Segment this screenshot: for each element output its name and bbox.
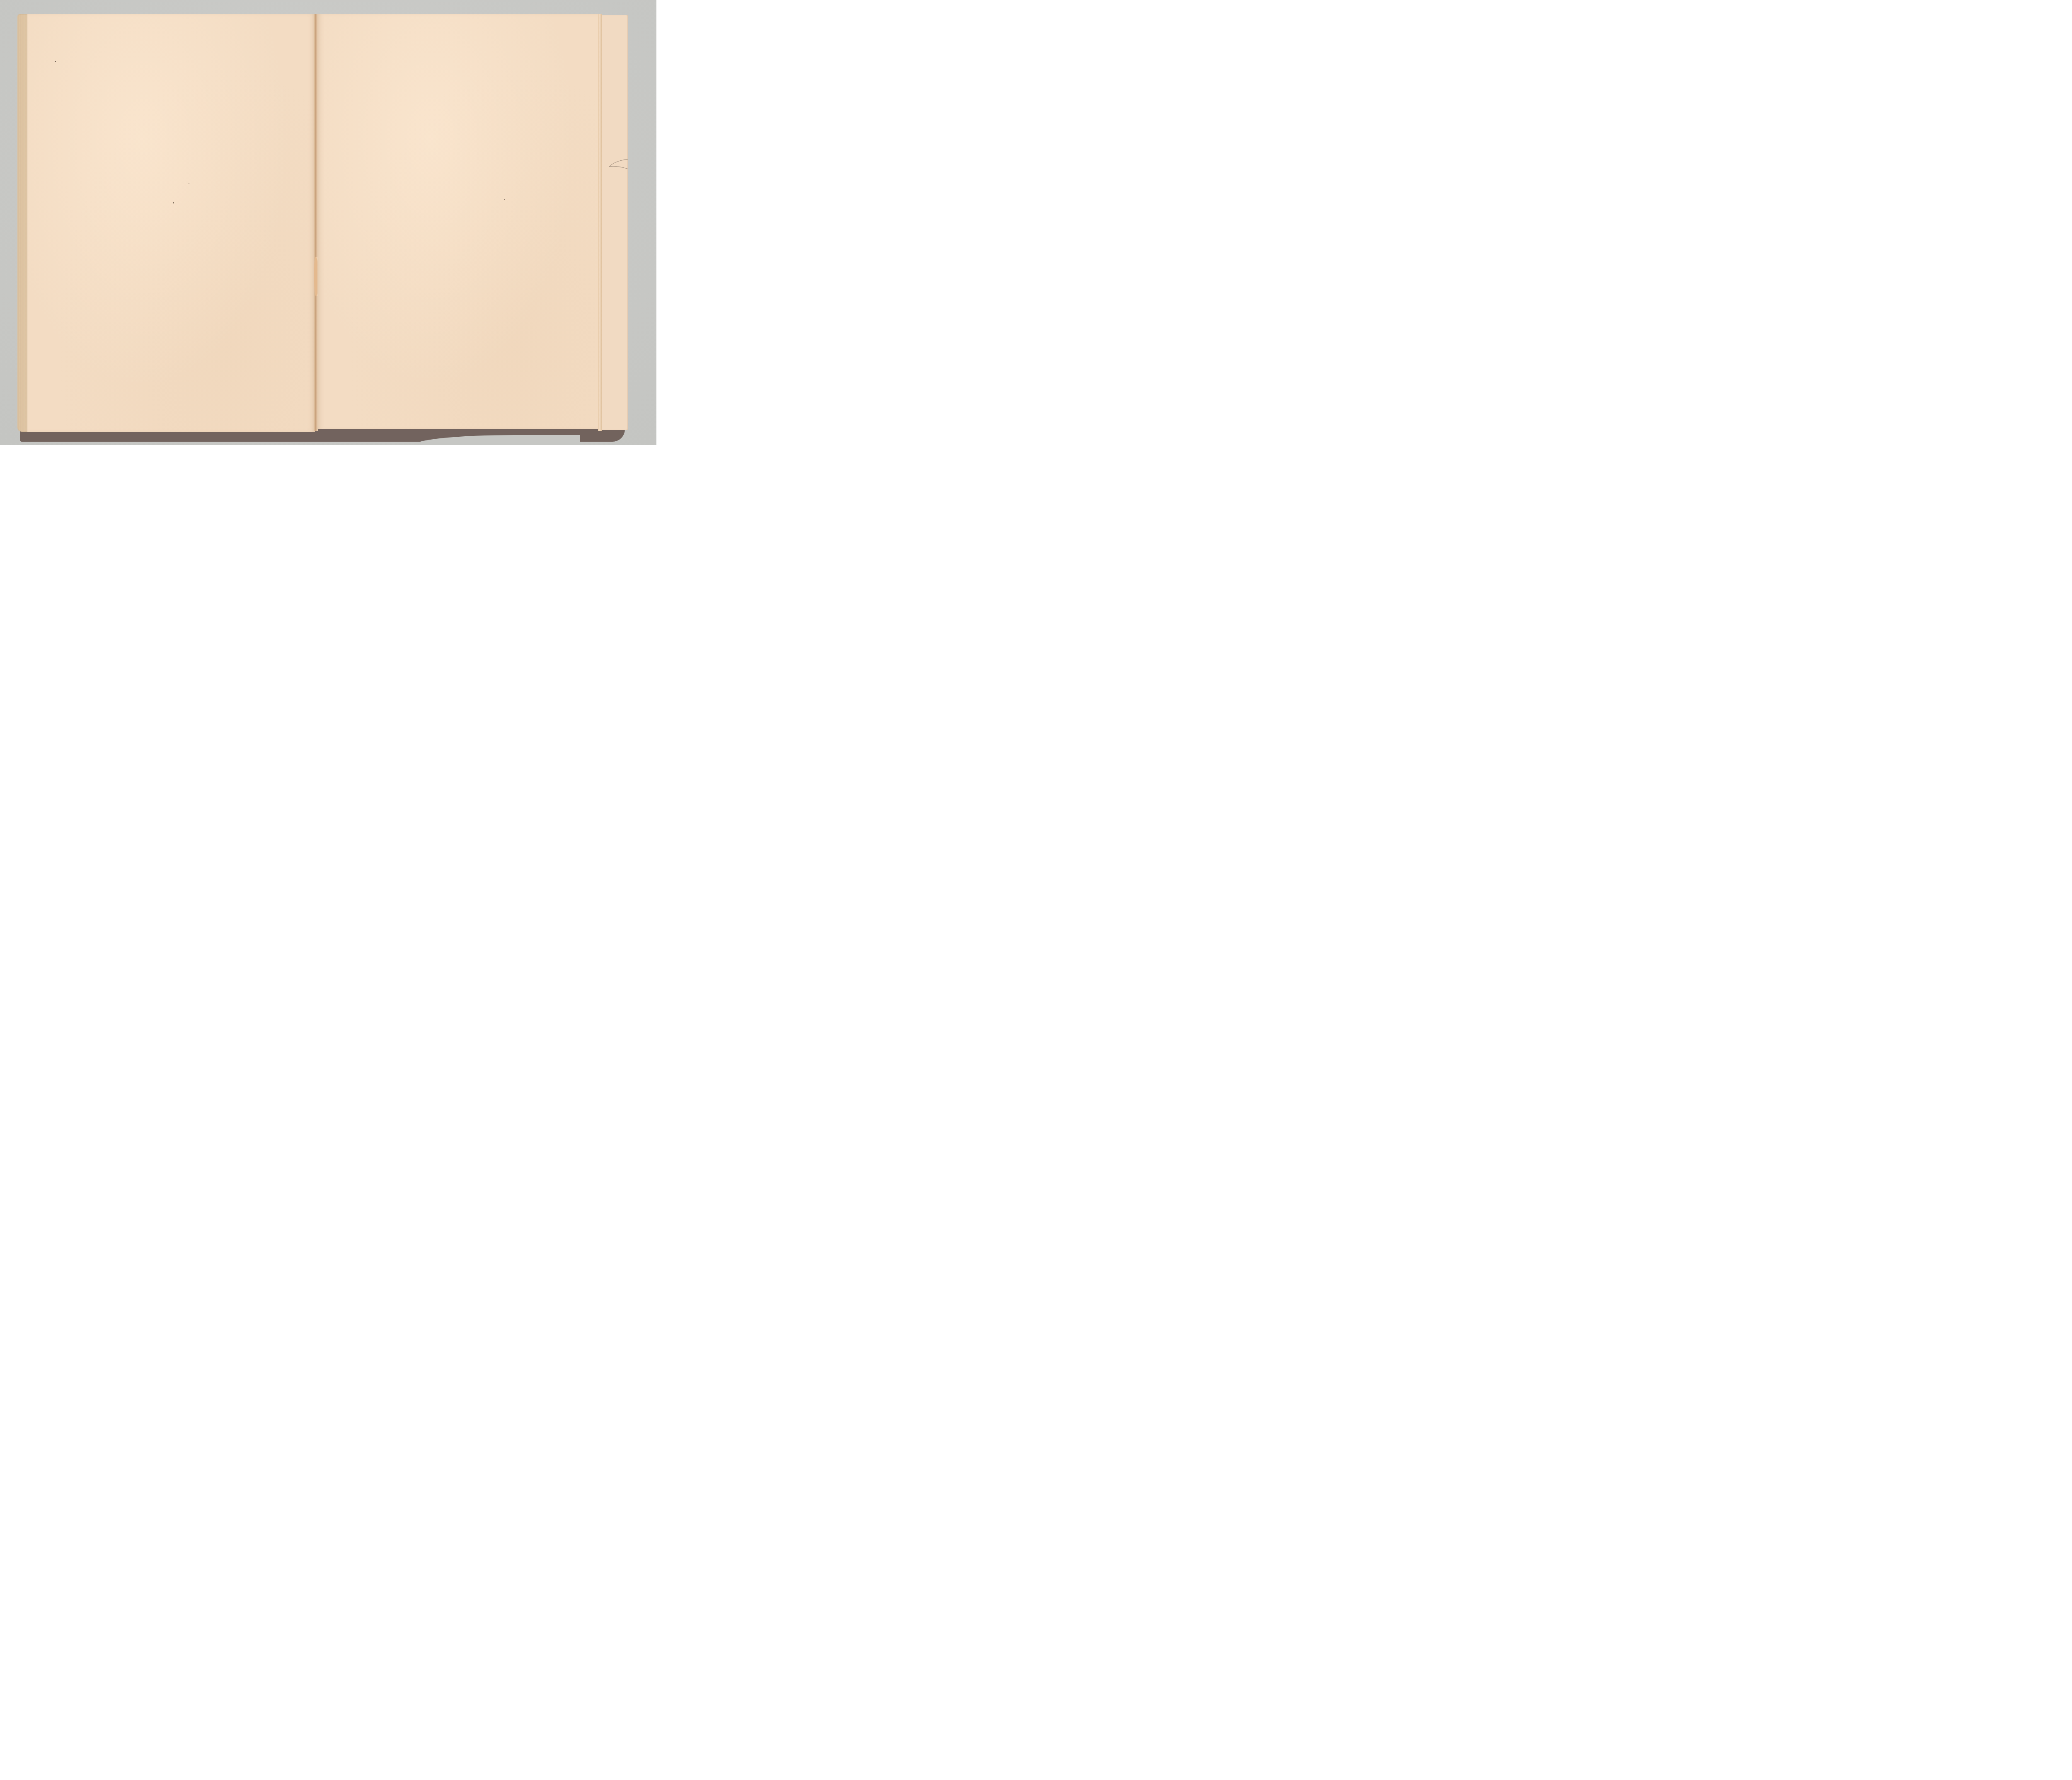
folded-flap xyxy=(602,15,628,430)
left-page xyxy=(27,14,315,432)
right-page xyxy=(317,14,601,429)
paper-speck xyxy=(189,183,189,184)
paper-speck xyxy=(173,202,174,203)
open-book xyxy=(0,0,656,445)
photo-scene xyxy=(0,0,656,445)
pencil-mark-icon xyxy=(606,157,628,174)
paper-speck xyxy=(55,61,56,62)
page-block-edge xyxy=(17,14,28,432)
paper-speck xyxy=(504,199,505,200)
